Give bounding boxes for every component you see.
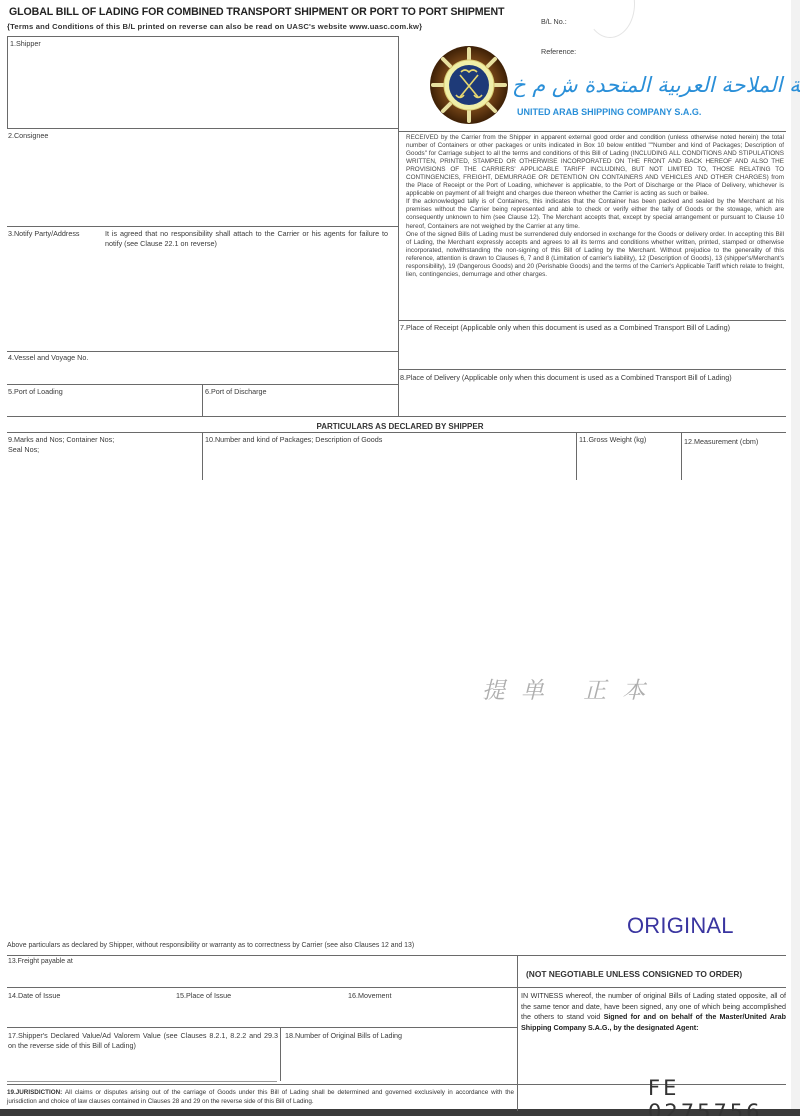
- divider: [7, 226, 398, 227]
- port-of-discharge-label: 6.Port of Discharge: [205, 387, 267, 396]
- divider: [517, 955, 518, 1111]
- reference-field[interactable]: [590, 45, 785, 57]
- notify-party-label: 3.Notify Party/Address: [8, 229, 80, 238]
- divider: [7, 987, 786, 988]
- bl-number-field[interactable]: [585, 15, 785, 27]
- divider: [7, 432, 786, 433]
- date-of-issue-field[interactable]: [8, 1002, 168, 1024]
- company-name: UNITED ARAB SHIPPING COMPANY S.A.G.: [517, 107, 701, 117]
- movement-label: 16.Movement: [348, 991, 392, 1000]
- divider: [7, 128, 398, 129]
- reference-label: Reference:: [541, 47, 576, 56]
- surrender-terms: One of the signed Bills of Lading must b…: [406, 231, 784, 279]
- bl-number-label: B/L No.:: [541, 17, 567, 26]
- document-title: GLOBAL BILL OF LADING FOR COMBINED TRANS…: [9, 6, 504, 18]
- freight-payable-field[interactable]: [8, 968, 513, 986]
- port-of-discharge-field[interactable]: [205, 398, 395, 415]
- number-of-originals-label: 18.Number of Original Bills of Lading: [285, 1031, 402, 1040]
- divider: [280, 1027, 281, 1081]
- place-of-delivery-field[interactable]: [400, 384, 785, 415]
- marks-nos-label: 9.Marks and Nos; Container Nos;: [8, 435, 114, 445]
- jurisdiction-clause: 19.JURISDICTION: All claims or disputes …: [7, 1088, 514, 1106]
- ship-wheel-anchors-logo-icon: [429, 45, 509, 125]
- original-stamp: ORIGINAL: [627, 913, 734, 939]
- place-of-receipt-label: 7.Place of Receipt (Applicable only when…: [400, 323, 730, 332]
- packages-description-header: 10.Number and kind of Packages; Descript…: [205, 435, 382, 444]
- date-of-issue-label: 14.Date of Issue: [8, 991, 60, 1000]
- in-witness-clause: IN WITNESS whereof, the number of origin…: [521, 991, 786, 1033]
- notify-party-note: It is agreed that no responsibility shal…: [105, 229, 388, 249]
- divider: [398, 320, 786, 321]
- particulars-section-title: PARTICULARS AS DECLARED BY SHIPPER: [0, 422, 800, 431]
- jurisdiction-label: 19.JURISDICTION:: [7, 1089, 62, 1096]
- document-subtitle: {Terms and Conditions of this B/L printe…: [7, 22, 422, 31]
- place-of-delivery-label: 8.Place of Delivery (Applicable only whe…: [400, 373, 732, 382]
- divider: [7, 1027, 517, 1028]
- divider: [398, 131, 786, 132]
- divider: [202, 384, 203, 416]
- notify-party-field[interactable]: [8, 252, 396, 348]
- measurement-header: 12.Measurement (cbm): [684, 437, 758, 446]
- divider: [7, 1081, 277, 1082]
- divider: [398, 369, 786, 370]
- shipper-label: 1.Shipper: [10, 39, 41, 48]
- divider: [398, 36, 399, 416]
- place-of-issue-label: 15.Place of Issue: [176, 991, 231, 1000]
- not-negotiable-notice: (NOT NEGOTIABLE UNLESS CONSIGNED TO ORDE…: [526, 969, 742, 979]
- divider: [7, 36, 398, 37]
- number-of-originals-field[interactable]: [285, 1042, 513, 1080]
- gross-weight-header: 11.Gross Weight (kg): [579, 435, 646, 444]
- port-of-loading-field[interactable]: [8, 398, 200, 415]
- divider: [7, 955, 786, 956]
- received-terms-text: RECEIVED by the Carrier from the Shipper…: [406, 134, 784, 279]
- divider: [7, 416, 786, 417]
- declared-value-label: 17.Shipper's Declared Value/Ad Valorem V…: [8, 1031, 278, 1051]
- vessel-voyage-label: 4.Vessel and Voyage No.: [8, 353, 88, 362]
- handwritten-note: 提单 正本: [482, 672, 661, 705]
- place-of-issue-field[interactable]: [176, 1002, 341, 1024]
- consignee-label: 2.Consignee: [8, 131, 48, 140]
- received-terms: RECEIVED by the Carrier from the Shipper…: [406, 134, 784, 198]
- jurisdiction-text: All claims or disputes arising out of th…: [7, 1089, 514, 1105]
- particulars-content-area[interactable]: [8, 450, 784, 905]
- consignee-field[interactable]: [8, 142, 396, 226]
- vessel-voyage-field[interactable]: [8, 364, 396, 382]
- company-name-arabic: شركة الملاحة العربية المتحدة ش م خ: [512, 73, 800, 97]
- divider: [7, 351, 398, 352]
- freight-payable-label: 13.Freight payable at: [8, 958, 73, 965]
- tally-terms: If the acknowledged tally is of Containe…: [406, 198, 784, 230]
- place-of-receipt-field[interactable]: [400, 334, 785, 368]
- page-edge-shadow: [791, 0, 800, 1116]
- port-of-loading-label: 5.Port of Loading: [8, 387, 63, 396]
- shipper-field[interactable]: [8, 50, 396, 128]
- declared-value-field[interactable]: [8, 1052, 278, 1080]
- particulars-disclaimer: Above particulars as declared by Shipper…: [7, 942, 414, 949]
- movement-field[interactable]: [348, 1002, 513, 1024]
- serial-number: FE 0275756: [648, 1076, 800, 1116]
